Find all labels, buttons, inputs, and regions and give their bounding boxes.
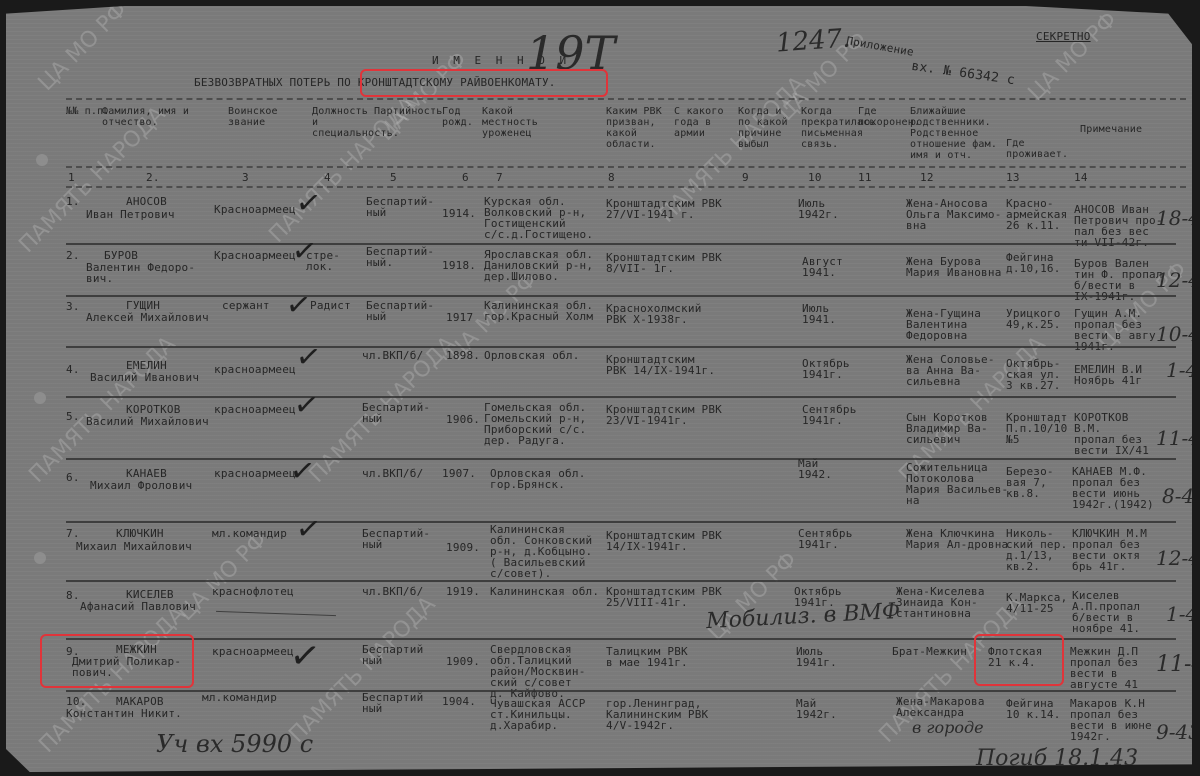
address: Урицкого 49,к.25. bbox=[1006, 308, 1061, 330]
party: Беспартий ный bbox=[362, 692, 423, 714]
checkmark-icon: ✓ bbox=[287, 634, 323, 679]
date-left: Октябрь 1941г. bbox=[802, 358, 850, 380]
rvk: Кронштадтским РВК 27/VI-1941 г. bbox=[606, 198, 722, 220]
col-header-9: С какого года в армии bbox=[674, 106, 734, 139]
row-divider bbox=[66, 243, 1176, 245]
rank: мл.командир bbox=[202, 692, 277, 703]
col-number: 3 bbox=[242, 172, 249, 183]
rvk: гор.Ленинград, Калининским РВК 4/V-1942г… bbox=[606, 698, 708, 731]
birth-year: 1906. bbox=[446, 414, 480, 425]
handwritten-note: 1-42 bbox=[1166, 358, 1200, 382]
col-number: 2. bbox=[146, 172, 160, 183]
note: Межкин Д.П пропал без вести в августе 41 bbox=[1070, 646, 1138, 690]
row-divider bbox=[66, 521, 1176, 523]
address: Октябрь- ская ул. 3 кв.27. bbox=[1006, 358, 1061, 391]
date-left: Май 1942г. bbox=[796, 698, 837, 720]
note: КОРОТКОВ В.М. пропал без вести IX/41 bbox=[1074, 412, 1149, 456]
surname: КОРОТКОВ bbox=[126, 404, 181, 415]
row-divider bbox=[66, 295, 1176, 297]
handwritten-note: 1-42 bbox=[1166, 602, 1200, 626]
row-number: 1. bbox=[66, 196, 80, 207]
given-name: Михаил Михайлович bbox=[76, 541, 192, 552]
rank: красноармеец bbox=[214, 404, 296, 415]
row-number: 4. bbox=[66, 364, 80, 375]
position: стре- лок. bbox=[306, 250, 340, 272]
birthplace: Калининская обл. bbox=[490, 586, 599, 597]
birthplace: Ярославская обл. Даниловский р-н, дер.Ши… bbox=[484, 249, 593, 282]
handwritten-footer-right: Погиб 18.1.43 bbox=[976, 746, 1138, 771]
rank: Красноармеец bbox=[214, 204, 296, 215]
party: Беспартий- ный bbox=[362, 402, 430, 424]
surname: КИСЕЛЕВ bbox=[126, 589, 174, 600]
rank: красноармеец bbox=[214, 468, 296, 479]
given-name: Михаил Фролович bbox=[90, 480, 192, 491]
birthplace: Орловская обл. гор.Брянск. bbox=[490, 468, 586, 490]
relatives: Жена Ключкина Мария Ал-дровна bbox=[906, 528, 1008, 550]
col-header-3: Воинское звание bbox=[228, 106, 288, 128]
rvk: Кронштадтским РВК 8/VII- 1г. bbox=[606, 252, 722, 274]
relatives: Жена-Киселева Зинаида Кон- стантиновна bbox=[896, 586, 985, 619]
note: КАНАЕВ М.Ф. пропал без вести июнь 1942г.… bbox=[1072, 466, 1154, 510]
handwritten-note: 12-41 bbox=[1156, 546, 1200, 570]
relatives: Жена-Гущина Валентина Федоровна bbox=[906, 308, 981, 341]
col-header-6: Год рожд. bbox=[442, 106, 476, 128]
archival-document-sheet: ЦА МО РФ ЦА МО РФ ЦА МО РФ ЦА МО РФ ПАМЯ… bbox=[6, 6, 1192, 772]
col-number: 6 bbox=[462, 172, 469, 183]
handwritten-footer-left: Уч вх 5990 с bbox=[156, 730, 313, 758]
party: Беспартий ный bbox=[362, 644, 423, 666]
date-left: Сентябрь 1941г. bbox=[802, 404, 857, 426]
date-left: Июль 1942г. bbox=[798, 198, 839, 220]
party: чл.ВКП/б/ bbox=[362, 468, 423, 479]
highlight-box-rvk bbox=[360, 69, 608, 97]
highlight-box-name bbox=[40, 634, 194, 688]
relatives: Жена-Аносова Ольга Максимо- вна bbox=[906, 198, 1002, 231]
relatives: Брат-Межкин bbox=[892, 646, 967, 657]
surname: БУРОВ bbox=[104, 250, 138, 261]
checkmark-icon: ✓ bbox=[288, 452, 318, 490]
row-divider bbox=[66, 458, 1176, 460]
col-header-12: Где похоронен. bbox=[858, 106, 906, 128]
handwritten-note: 8-43 bbox=[1162, 484, 1200, 508]
surname: АНОСОВ bbox=[126, 196, 167, 207]
handwritten-annotation: в городе bbox=[912, 718, 984, 737]
party: чл.ВКП/б/ bbox=[362, 586, 423, 597]
row-divider bbox=[66, 580, 1176, 582]
row-number: 6. bbox=[66, 472, 80, 483]
note: ЕМЕЛИН В.И Ноябрь 41г bbox=[1074, 364, 1142, 386]
birth-year: 1904. bbox=[442, 696, 476, 707]
handwritten-note: 9-43 bbox=[1156, 720, 1200, 744]
rank: сержант bbox=[222, 300, 270, 311]
address: Березо- вая 7, кв.8. bbox=[1006, 466, 1054, 499]
col-number: 4 bbox=[324, 172, 331, 183]
col-number: 5 bbox=[390, 172, 397, 183]
date-left: Июль 1941г. bbox=[796, 646, 837, 668]
col-header-5: Партийность bbox=[374, 106, 424, 117]
birth-year: 1919. bbox=[446, 586, 480, 597]
handwritten-number: 1247. bbox=[775, 23, 851, 58]
rank: Красноармеец bbox=[214, 250, 296, 261]
birthplace: Калининская обл. Сонковский р-н, д.Кобцы… bbox=[490, 524, 592, 579]
party: Беспартий- ный bbox=[366, 300, 434, 322]
date-left: Июль 1941. bbox=[802, 303, 836, 325]
birth-year: 1909. bbox=[446, 656, 480, 667]
incoming-number: вх. № 66342 с bbox=[911, 61, 1016, 86]
col-number: 1 bbox=[68, 172, 75, 183]
row-divider bbox=[66, 396, 1176, 398]
date-left: Май 1942. bbox=[798, 458, 832, 480]
birth-year: 1898. bbox=[446, 350, 480, 361]
handwritten-note: 10-41 bbox=[1156, 322, 1200, 346]
checkmark-icon: ✓ bbox=[284, 286, 314, 324]
relatives: Сожительница Потоколова Мария Васильев- … bbox=[906, 462, 1008, 506]
note: КЛЮЧКИН М.М пропал без вести октя брь 41… bbox=[1072, 528, 1147, 572]
given-name: Афанасий Павлович bbox=[80, 601, 196, 612]
party: Беспартий- ный bbox=[362, 528, 430, 550]
birth-year: 1909. bbox=[446, 542, 480, 553]
punch-hole bbox=[34, 392, 46, 404]
highlight-box-address bbox=[974, 634, 1064, 686]
date-left: Август 1941. bbox=[802, 256, 843, 278]
party: Беспартий- ный bbox=[366, 196, 434, 218]
address: Кронштадт П.п.10/10 №5 bbox=[1006, 412, 1067, 445]
relatives: Жена-Макарова Александра bbox=[896, 696, 985, 718]
address: Николь- ский пер. д.1/13, кв.2. bbox=[1006, 528, 1067, 572]
row-divider bbox=[66, 346, 1176, 348]
rvk: Кронштадтским РВК 14/IX-1941г. bbox=[606, 354, 715, 376]
given-name: Валентин Федоро- вич. bbox=[86, 262, 195, 284]
birthplace: Орловская обл. bbox=[484, 350, 580, 361]
surname: КЛЮЧКИН bbox=[116, 528, 164, 539]
relatives: Сын Коротков Владимир Ва- сильевич bbox=[906, 412, 988, 445]
birthplace: Калининская обл. гор.Красный Холм bbox=[484, 300, 593, 322]
birthplace: Чувашская АССР ст.Кинильцы. д.Харабир. bbox=[490, 698, 586, 731]
header-divider bbox=[66, 98, 1186, 100]
row-number: 7. bbox=[66, 528, 80, 539]
rvk: Талицким РВК в мае 1941г. bbox=[606, 646, 688, 668]
col-number: 7 bbox=[496, 172, 503, 183]
watermark: ЦА МО РФ bbox=[35, 0, 132, 95]
secret-stamp: СЕКРЕТНО bbox=[1036, 31, 1091, 42]
checkmark-icon: ✓ bbox=[292, 386, 322, 424]
position: Радист bbox=[310, 300, 351, 311]
row-number: 10. bbox=[66, 696, 86, 707]
surname: КАНАЕВ bbox=[126, 468, 167, 479]
col-number: 10 bbox=[808, 172, 822, 183]
relatives: Жена Соловье- ва Анна Ва- сильевна bbox=[906, 354, 995, 387]
header-divider bbox=[66, 166, 1186, 168]
col-header-15: Примечание bbox=[1080, 124, 1142, 135]
col-header-14: Где проживает. bbox=[1006, 138, 1066, 160]
col-header-13: Ближайшие родственники. Родственное отно… bbox=[910, 106, 1000, 161]
birthplace: Курская обл. Волковский р-н, Гостищенски… bbox=[484, 196, 593, 240]
given-name: Иван Петрович bbox=[86, 209, 175, 220]
col-header-4: Должность и специальность. bbox=[312, 106, 362, 139]
address: Фейгина д.10,16. bbox=[1006, 252, 1061, 274]
watermark: ЦА МО РФ bbox=[1025, 9, 1122, 106]
checkmark-icon: ✓ bbox=[294, 184, 324, 222]
surname: ЕМЕЛИН bbox=[126, 360, 167, 371]
birthplace: Гомельская обл. Гомельский р-н, Приборск… bbox=[484, 402, 586, 446]
party: Беспартий- ный. bbox=[366, 246, 434, 268]
address: К.Маркса, 4/11-25 bbox=[1006, 592, 1067, 614]
col-number: 8 bbox=[608, 172, 615, 183]
surname: ГУЩИН bbox=[126, 300, 160, 311]
given-name: Василий Михайлович bbox=[86, 416, 209, 427]
note: Макаров К.Н пропал без вести в июне 1942… bbox=[1070, 698, 1152, 742]
col-number: 12 bbox=[920, 172, 934, 183]
col-number: 11 bbox=[858, 172, 872, 183]
row-number: 3. bbox=[66, 301, 80, 312]
col-header-8: Каким РВК призван, какой области. bbox=[606, 106, 668, 150]
row-number: 8. bbox=[66, 590, 80, 601]
given-name: Константин Никит. bbox=[66, 708, 182, 719]
birth-year: 1914. bbox=[442, 208, 476, 219]
row-number: 2. bbox=[66, 250, 80, 261]
relatives: Жена Бурова Мария Ивановна bbox=[906, 256, 1002, 278]
rvk: Кронштадтским РВК 25/VIII-41г. bbox=[606, 586, 722, 608]
address: Красно- армейская 26 к.11. bbox=[1006, 198, 1067, 231]
given-name: Алексей Михайлович bbox=[86, 312, 209, 323]
col-number: 13 bbox=[1006, 172, 1020, 183]
handwritten-note: 11-41 bbox=[1156, 426, 1200, 450]
birth-year: 1917 bbox=[446, 312, 473, 323]
checkmark-icon: ✓ bbox=[294, 510, 324, 548]
birth-year: 1907. bbox=[442, 468, 476, 479]
col-number: 9 bbox=[742, 172, 749, 183]
rank: краснофлотец bbox=[212, 586, 294, 597]
date-left: Сентябрь 1941г. bbox=[798, 528, 853, 550]
header-divider bbox=[66, 186, 1186, 188]
row-number: 5. bbox=[66, 411, 80, 422]
rvk: Кронштадтским РВК 14/IX-1941г. bbox=[606, 530, 722, 552]
birth-year: 1918. bbox=[442, 260, 476, 271]
rvk: Кронштадтским РВК 23/VI-1941г. bbox=[606, 404, 722, 426]
given-name: Василий Иванович bbox=[90, 372, 199, 383]
party: чл.ВКП/б/ bbox=[362, 350, 423, 361]
rank: красноармеец bbox=[212, 646, 294, 657]
rank: красноармеец bbox=[214, 364, 296, 375]
punch-hole bbox=[34, 552, 46, 564]
note: Киселев А.П.пропал б/вести в ноябре 41. bbox=[1072, 590, 1140, 634]
strike-line bbox=[216, 611, 336, 616]
checkmark-icon: ✓ bbox=[294, 338, 324, 376]
handwritten-note: 18-42 bbox=[1156, 206, 1200, 230]
punch-hole bbox=[36, 154, 48, 166]
col-number: 14 bbox=[1074, 172, 1088, 183]
col-header-2: Фамилия, имя и отчество. bbox=[102, 106, 212, 128]
rvk: Краснохолмский РВК X-1938г. bbox=[606, 303, 702, 325]
col-header-10: Когда и по какой причине выбыл bbox=[738, 106, 798, 150]
col-header-11: Когда прекратилась письменная связь. bbox=[801, 106, 857, 150]
address: Фейгина 10 к.14. bbox=[1006, 698, 1061, 720]
handwritten-note: 12-41 bbox=[1156, 268, 1200, 292]
handwritten-note: 11-41 bbox=[1156, 652, 1200, 677]
surname: МАКАРОВ bbox=[116, 696, 164, 707]
col-header-7: Какой местность уроженец bbox=[482, 106, 562, 139]
rank: мл.командир bbox=[212, 528, 287, 539]
note: АНОСОВ Иван Петрович про- пал без вес ти… bbox=[1074, 204, 1163, 248]
